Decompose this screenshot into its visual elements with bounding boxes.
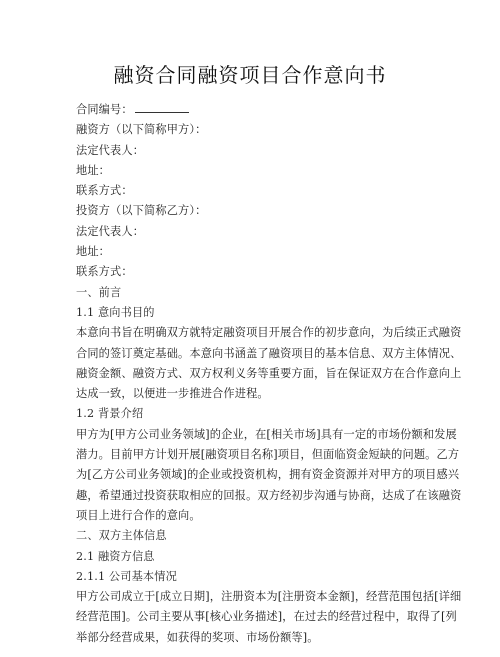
document-page: 融资合同融资项目合作意向书 合同编号： 融资方（以下简称甲方）： 法定代表人： … [0,0,500,657]
section-1-1-paragraph-line: 本意向书旨在明确双方就特定融资项目开展合作的初步意向，为后续正式融资 [76,323,436,343]
party-b-contact-label: 联系方式： [76,262,436,282]
section-2-1-1-heading: 2.1.1 公司基本情况 [76,567,436,587]
section-2-1-1-paragraph-line: 举部分经营成果，如获得的奖项、市场份额等]。 [76,628,436,648]
section-1-2-paragraph-line: 为[乙方公司业务领域]的企业或投资机构，拥有资金资源并对甲方的项目感兴 [76,465,436,485]
section-2-1-1-paragraph-line: 经营范围]。公司主要从事[核心业务描述]，在过去的经营过程中，取得了[列 [76,607,436,627]
party-a-contact-label: 联系方式： [76,181,436,201]
contract-number-field: 合同编号： [76,100,436,120]
contract-number-blank [135,100,189,113]
party-a-label: 融资方（以下简称甲方）： [76,120,436,140]
section-1-2-heading: 1.2 背景介绍 [76,404,436,424]
section-2-1-heading: 2.1 融资方信息 [76,547,436,567]
party-b-legal-rep-label: 法定代表人： [76,222,436,242]
document-body: 合同编号： 融资方（以下简称甲方）： 法定代表人： 地址： 联系方式： 投资方（… [76,100,436,648]
party-a-legal-rep-label: 法定代表人： [76,141,436,161]
section-1-1-paragraph-line: 达成一致，以便进一步推进合作进程。 [76,384,436,404]
section-1-2-paragraph-line: 趣，希望通过投资获取相应的回报。双方经初步沟通与协商，达成了在该融资 [76,486,436,506]
section-2-heading: 二、双方主体信息 [76,526,436,546]
section-1-2-paragraph-line: 潜力。目前甲方计划开展[融资项目名称]项目，但面临资金短缺的问题。乙方 [76,445,436,465]
section-1-heading: 一、前言 [76,283,436,303]
section-1-2-paragraph-line: 项目上进行合作的意向。 [76,506,436,526]
contract-number-label: 合同编号： [76,103,133,116]
party-a-address-label: 地址： [76,161,436,181]
party-b-address-label: 地址： [76,242,436,262]
section-1-2-paragraph-line: 甲方为[甲方公司业务领域]的企业，在[相关市场]具有一定的市场份额和发展 [76,425,436,445]
party-b-label: 投资方（以下简称乙方）： [76,201,436,221]
section-2-1-1-paragraph-line: 甲方公司成立于[成立日期]，注册资本为[注册资本金额]，经营范围包括[详细 [76,587,436,607]
section-1-1-paragraph-line: 融资金额、融资方式、双方权利义务等重要方面，旨在保证双方在合作意向上 [76,364,436,384]
section-1-1-paragraph-line: 合同的签订奠定基础。本意向书涵盖了融资项目的基本信息、双方主体情况、 [76,344,436,364]
document-title: 融资合同融资项目合作意向书 [0,62,500,88]
section-1-1-heading: 1.1 意向书目的 [76,303,436,323]
